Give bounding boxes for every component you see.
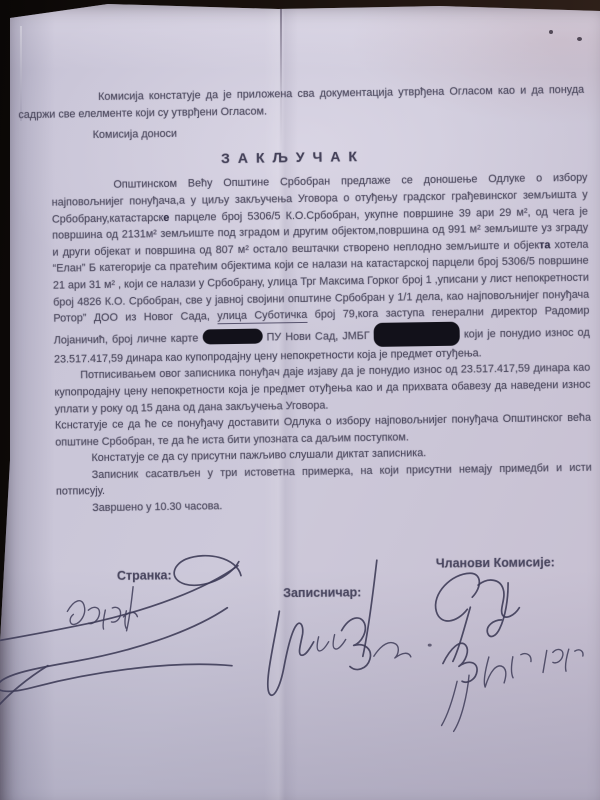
- committee-signatures: [412, 562, 600, 739]
- pen-underlined-text: улица Суботичка: [217, 309, 307, 324]
- dust-speck: [577, 37, 582, 41]
- party-signature: [0, 546, 250, 719]
- dust-speck: [549, 30, 553, 34]
- document-page: Комисија констатује да је приложена сва …: [0, 0, 600, 800]
- intro-paragraph: Комисија констатује да је приложена сва …: [18, 82, 584, 124]
- document-text: Комисија констатује да је приложена сва …: [0, 82, 600, 519]
- signatures-section: Странка: Записничар: Чланови Комисије:: [0, 542, 600, 800]
- recorder-signature: [255, 558, 407, 725]
- preamble-line: Комисија доноси: [93, 120, 600, 144]
- main-decision-paragraph: Општинском Већу Општине Србобран предлаж…: [51, 170, 590, 368]
- paragraph-text: та: [539, 239, 550, 251]
- paragraph-text: ПУ Нови Сад, ЈМБГ: [262, 330, 374, 344]
- redaction-mark: [374, 321, 460, 346]
- document-title: ЗАКЉУЧАК: [1, 144, 600, 169]
- paragraph-offer-statement: Потписивањем овог записника понуђач даје…: [54, 360, 591, 418]
- ink-dot: [428, 644, 432, 647]
- redaction-mark: [202, 328, 262, 344]
